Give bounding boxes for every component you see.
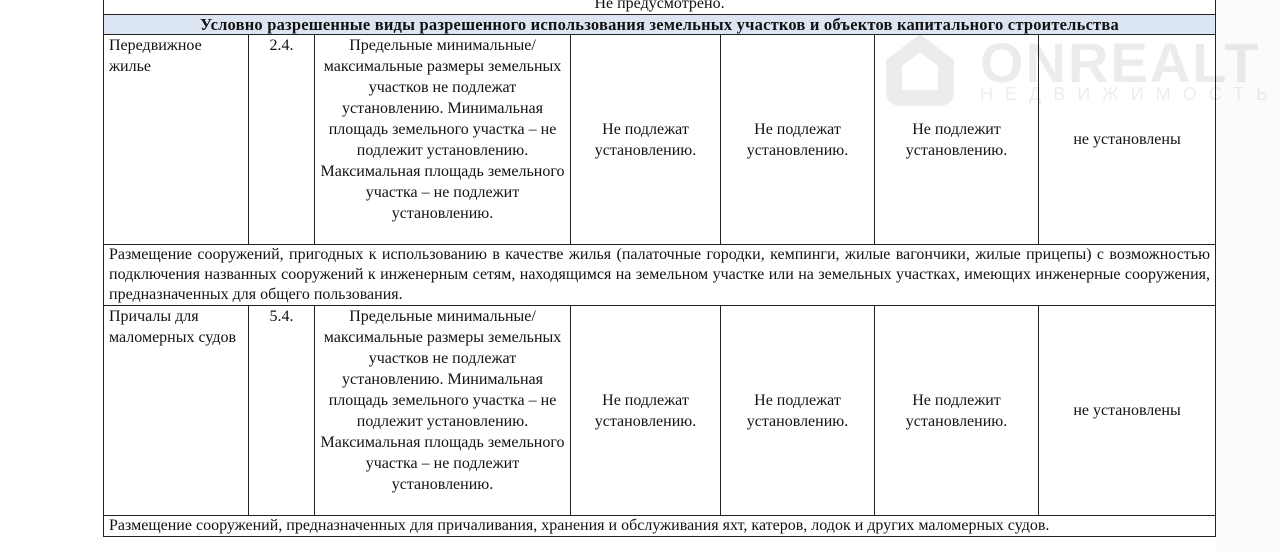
param-cell: не установлены — [1039, 35, 1216, 245]
param-cell: не установлены — [1039, 306, 1216, 516]
use-description: Размещение сооружений, предназначенных д… — [104, 516, 1216, 537]
description-row: Размещение сооружений, пригодных к испол… — [104, 245, 1216, 306]
use-name: Причалы для маломерных судов — [104, 306, 249, 516]
table-row-note: Не предусмотрено. — [104, 0, 1216, 15]
page-margin — [1216, 0, 1280, 551]
param-cell: Не подлежит установлению. — [875, 35, 1039, 245]
param-cell: Не подлежат установлению. — [721, 35, 875, 245]
use-description: Размещение сооружений, пригодных к испол… — [104, 245, 1216, 306]
document-page: Не предусмотрено. Условно разрешенные ви… — [0, 0, 1280, 551]
table-row: Передвижное жилье 2.4. Предельные минима… — [104, 35, 1216, 245]
use-name: Передвижное жилье — [104, 35, 249, 245]
use-code: 2.4. — [249, 35, 315, 245]
param-cell: Не подлежат установлению. — [571, 306, 721, 516]
param-cell: Не подлежит установлению. — [875, 306, 1039, 516]
section-header: Условно разрешенные виды разрешенного ис… — [104, 15, 1216, 35]
zoning-table: Не предусмотрено. Условно разрешенные ви… — [103, 0, 1216, 537]
description-row: Размещение сооружений, предназначенных д… — [104, 516, 1216, 537]
size-limits: Предельные минимальные/максимальные разм… — [315, 35, 571, 245]
note-cell: Не предусмотрено. — [104, 0, 1216, 15]
section-header-row: Условно разрешенные виды разрешенного ис… — [104, 15, 1216, 35]
size-limits: Предельные минимальные/максимальные разм… — [315, 306, 571, 516]
param-cell: Не подлежат установлению. — [721, 306, 875, 516]
param-cell: Не подлежат установлению. — [571, 35, 721, 245]
table-row: Причалы для маломерных судов 5.4. Предел… — [104, 306, 1216, 516]
use-code: 5.4. — [249, 306, 315, 516]
